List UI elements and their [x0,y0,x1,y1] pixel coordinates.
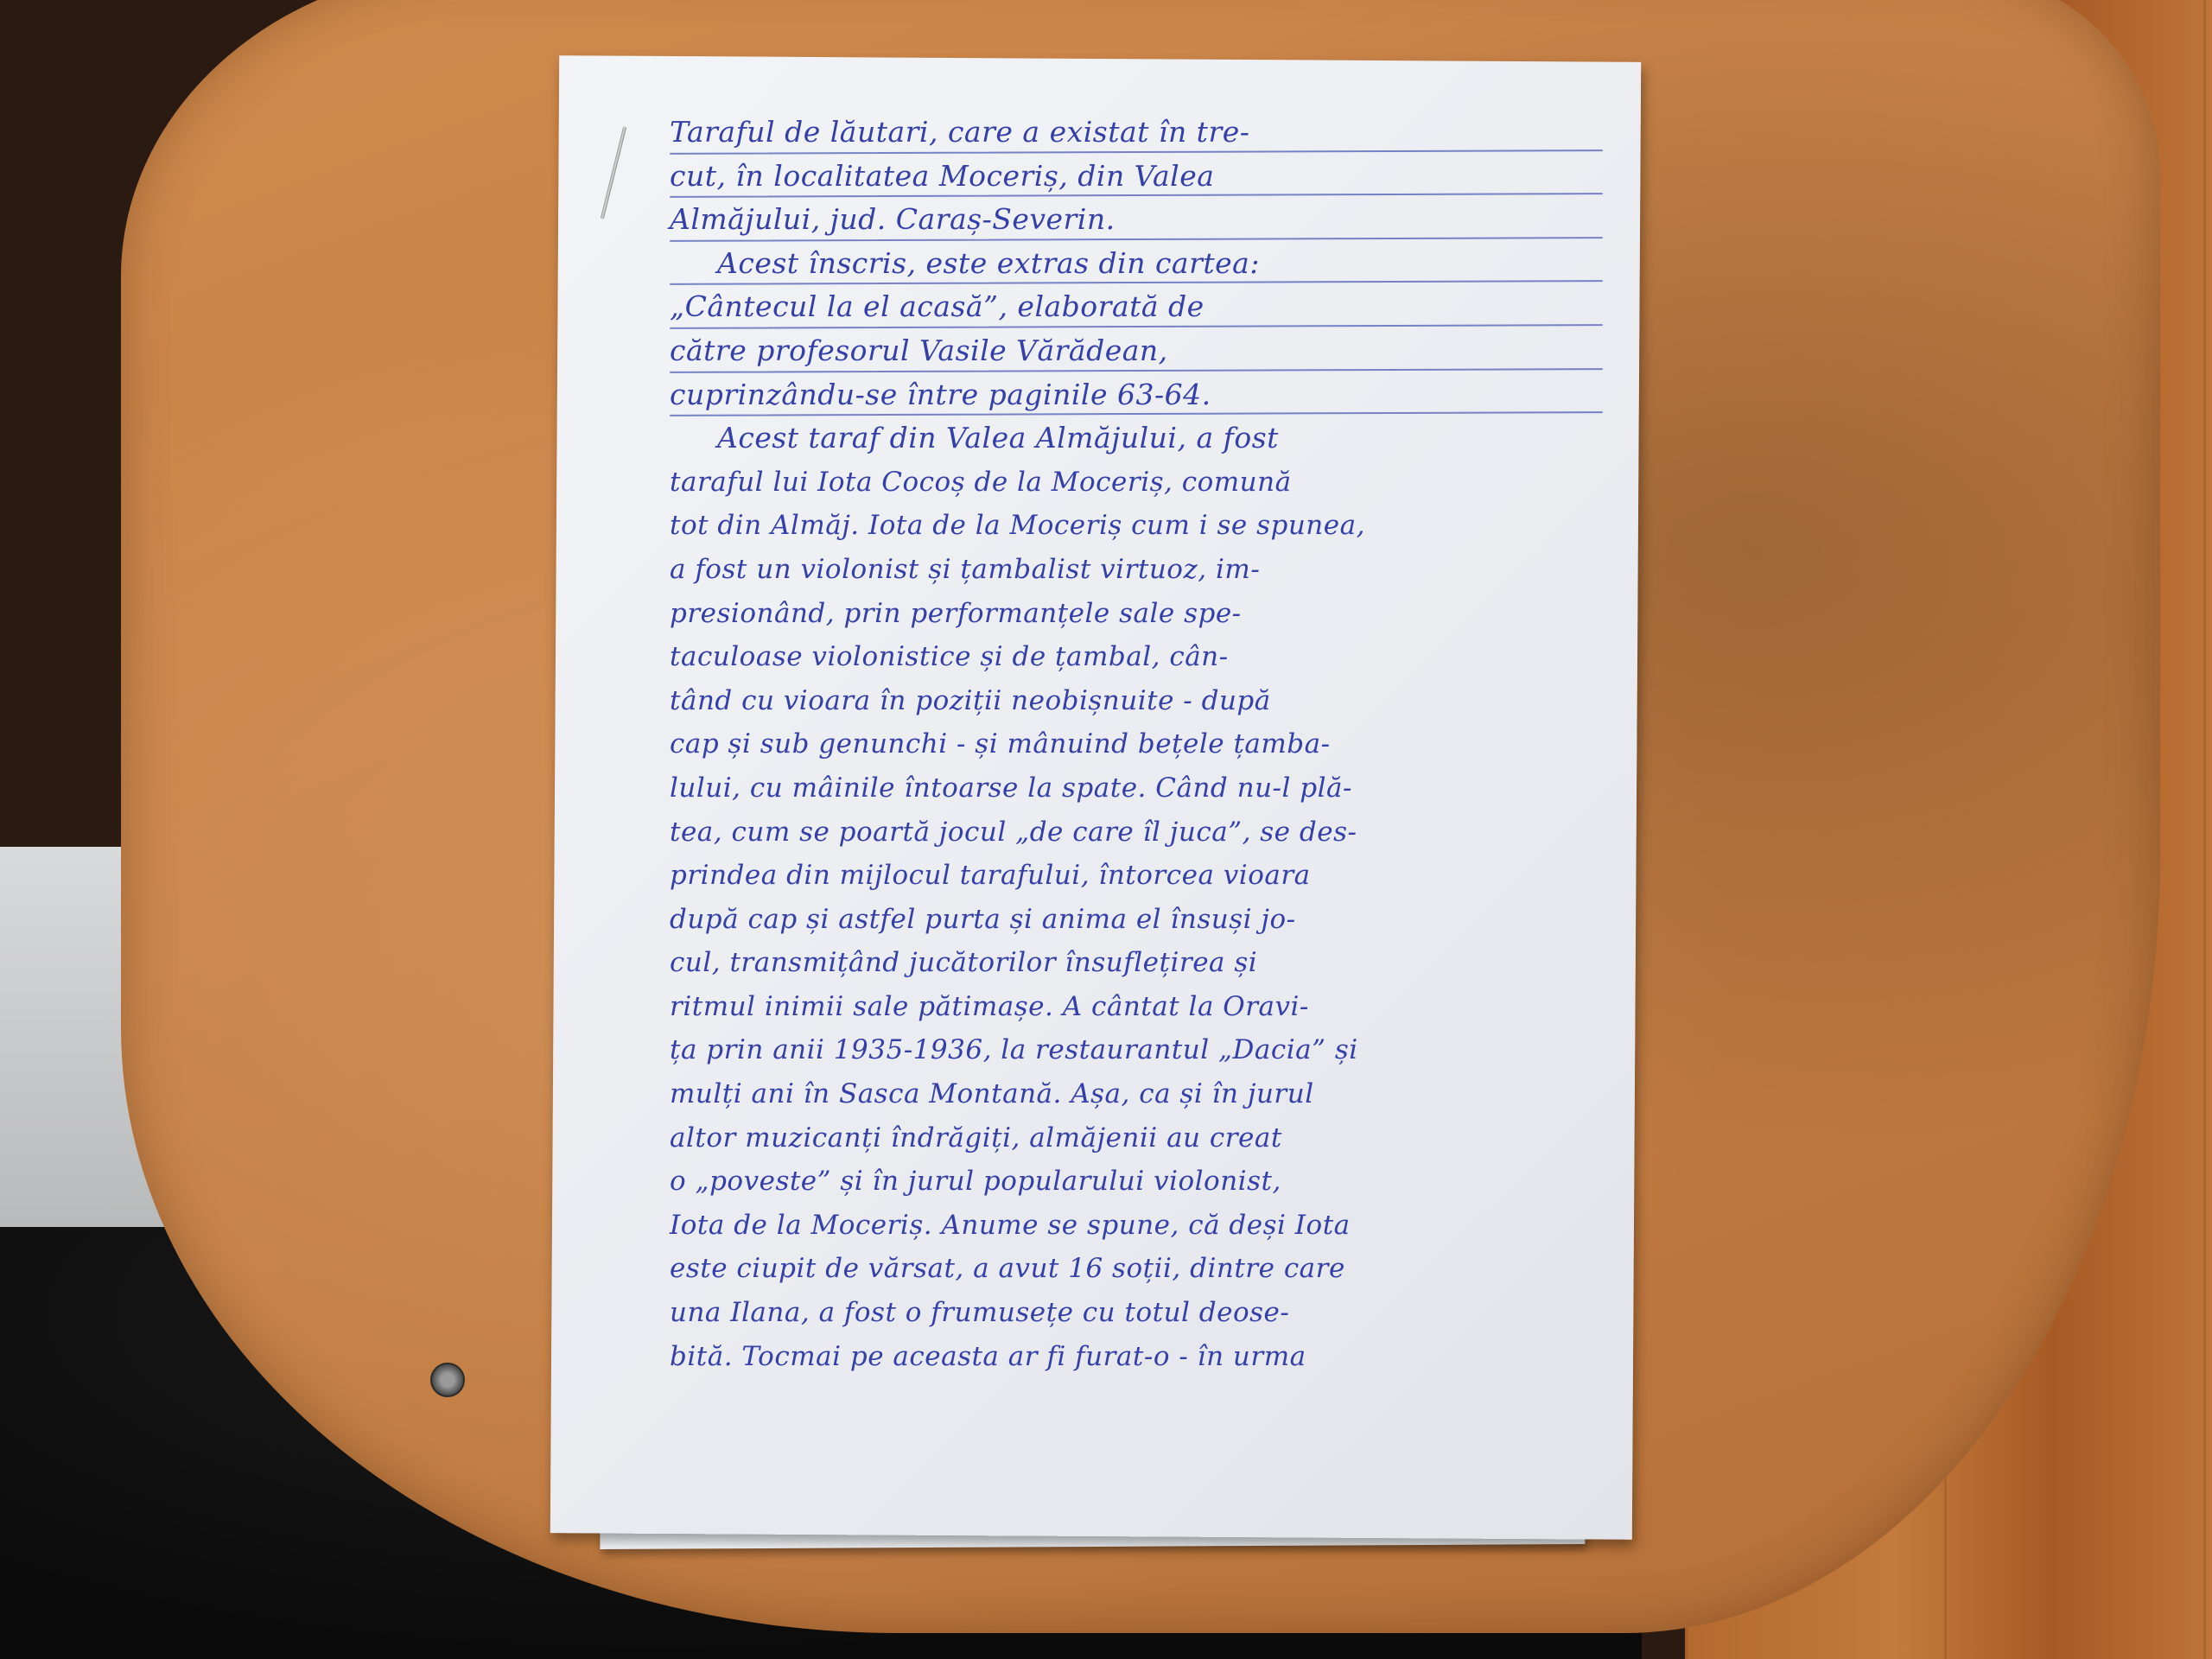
handwritten-text: Taraful de lăutari, care a existat în tr… [670,111,1637,1378]
body-line: a fost un violonist și țambalist virtuoz… [670,548,1637,592]
body-line: altor muzicanți îndrăgiți, almăjenii au … [670,1116,1637,1160]
body-line: Acest taraf din Valea Almăjului, a fost [670,416,1637,461]
body-line: ța prin anii 1935-1936, la restaurantul … [670,1028,1637,1072]
body-line: ritmul inimii sale pătimașe. A cântat la… [670,985,1637,1029]
body-line: taculoase violonistice și de țambal, cân… [670,635,1637,679]
source-line: către profesorul Vasile Vărădean, [670,329,1637,373]
body-line: prindea din mijlocul tarafului, întorcea… [670,854,1637,898]
body-line: cap și sub genunchi - și mânuind bețele … [670,722,1637,766]
title-line: cut, în localitatea Moceriș, din Valea [670,155,1637,199]
body-line: presionând, prin performanțele sale spe- [670,592,1637,636]
source-line: cuprinzându-se între paginile 63-64. [670,373,1637,417]
title-line: Almăjului, jud. Caraș-Severin. [670,198,1637,242]
body-line: lului, cu mâinile întoarse la spate. Cân… [670,766,1637,810]
body-line: tot din Almăj. Iota de la Moceriș cum i … [670,504,1637,548]
body-line: una Ilana, a fost o frumusețe cu totul d… [670,1291,1637,1335]
body-line: mulți ani în Sasca Montană. Așa, ca și î… [670,1072,1637,1116]
body-line: după cap și astfel purta și anima el îns… [670,898,1637,942]
source-line: Acest înscris, este extras din cartea: [670,242,1637,286]
body-line: este ciupit de vărsat, a avut 16 soții, … [670,1247,1637,1291]
body-line: cul, transmițând jucătorilor însuflețire… [670,941,1637,985]
source-line: „Cântecul la el acasă”, elaborată de [670,285,1637,329]
body-line: tea, cum se poartă jocul „de care îl juc… [670,810,1637,855]
body-line: bită. Tocmai pe aceasta ar fi furat-o - … [670,1335,1637,1379]
title-line: Taraful de lăutari, care a existat în tr… [670,111,1637,155]
body-line: Iota de la Moceriș. Anume se spune, că d… [670,1204,1637,1248]
desk-screw-icon [430,1363,465,1397]
body-line: tând cu vioara în poziții neobișnuite - … [670,679,1637,723]
body-line: taraful lui Iota Cocoș de la Moceriș, co… [670,461,1637,505]
body-line: o „poveste” și în jurul popularului viol… [670,1160,1637,1204]
